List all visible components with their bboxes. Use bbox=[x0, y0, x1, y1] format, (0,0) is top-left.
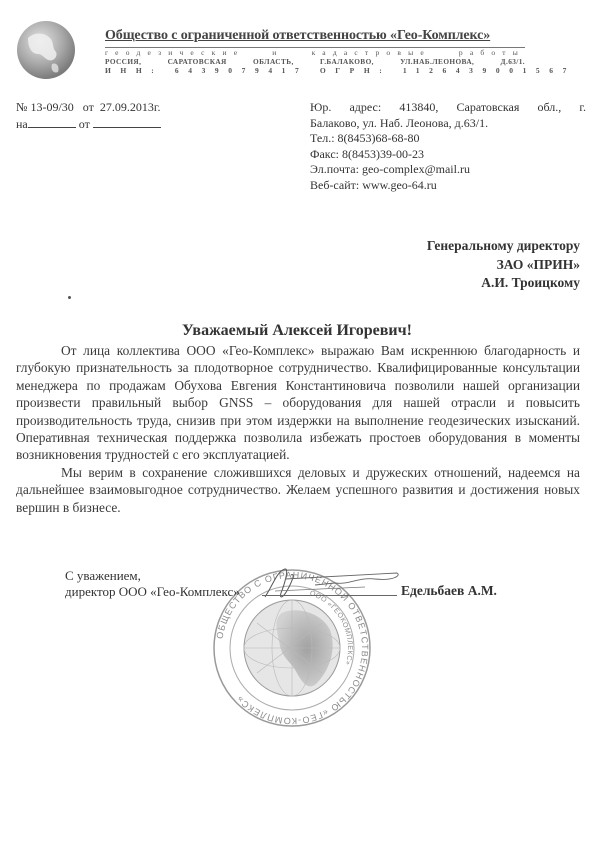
outgoing-number: № 13-09/30 от 27.09.2013г. bbox=[16, 100, 160, 115]
addressee-position: Генеральному директору bbox=[427, 237, 580, 256]
legal-address-line2: Балаково, ул. Наб. Леонова, д.63/1. bbox=[310, 116, 586, 132]
reply-from-label: от bbox=[79, 117, 90, 131]
letter-body: От лица коллектива ООО «Гео-Комплекс» вы… bbox=[16, 342, 580, 516]
company-logo-globe-icon bbox=[14, 18, 78, 82]
salutation: Уважаемый Алексей Игоревич! bbox=[0, 322, 594, 340]
contact-block: Юр. адрес: 413840, Саратовская обл., г. … bbox=[310, 100, 586, 193]
addressee-block: Генеральному директору ЗАО «ПРИН» А.И. Т… bbox=[427, 237, 580, 293]
legal-address-line1: Юр. адрес: 413840, Саратовская обл., г. bbox=[310, 100, 586, 116]
regards: С уважением, bbox=[65, 568, 240, 584]
paragraph-2: Мы верим в сохранение сложившихся деловы… bbox=[16, 464, 580, 516]
company-subtitle: геодезические и кадастровые работы bbox=[105, 48, 525, 57]
phone: Тел.: 8(8453)68-68-80 bbox=[310, 131, 586, 147]
reg-number: № 13-09/30 bbox=[16, 100, 74, 114]
company-name: Общество с ограниченной ответственностью… bbox=[105, 28, 525, 44]
addressee-company: ЗАО «ПРИН» bbox=[427, 256, 580, 275]
email: Эл.почта: geo-complex@mail.ru bbox=[310, 162, 586, 178]
website: Веб-сайт: www.geo-64.ru bbox=[310, 178, 586, 194]
signer-title: директор ООО «Гео-Комплекс» bbox=[65, 584, 240, 600]
reply-to-label: на bbox=[16, 117, 28, 131]
company-ids: ИНН: 6439079417 ОГРН: 1126439001567 bbox=[105, 66, 525, 75]
reg-date: 27.09.2013г. bbox=[100, 100, 161, 114]
reply-date-blank bbox=[93, 116, 161, 128]
addressee-name: А.И. Троицкому bbox=[427, 274, 580, 293]
handwritten-signature bbox=[255, 565, 405, 605]
subtitle-text: геодезические и кадастровые работы bbox=[105, 48, 525, 57]
ids-text: ИНН: 6439079417 ОГРН: 1126439001567 bbox=[105, 66, 576, 75]
reg-from-label: от bbox=[83, 100, 94, 114]
fax: Факс: 8(8453)39-00-23 bbox=[310, 147, 586, 163]
signature-line bbox=[262, 595, 397, 596]
signer-name: Едельбаев А.М. bbox=[401, 583, 497, 599]
reply-number-blank bbox=[28, 116, 76, 128]
scan-speck bbox=[68, 296, 71, 299]
company-address: РОССИЯ, САРАТОВСКАЯ ОБЛАСТЬ, Г.БАЛАКОВО,… bbox=[105, 57, 525, 66]
incoming-reference: на от bbox=[16, 116, 161, 132]
closing-block: С уважением, директор ООО «Гео-Комплекс» bbox=[65, 568, 240, 600]
paragraph-1: От лица коллектива ООО «Гео-Комплекс» вы… bbox=[16, 342, 580, 464]
